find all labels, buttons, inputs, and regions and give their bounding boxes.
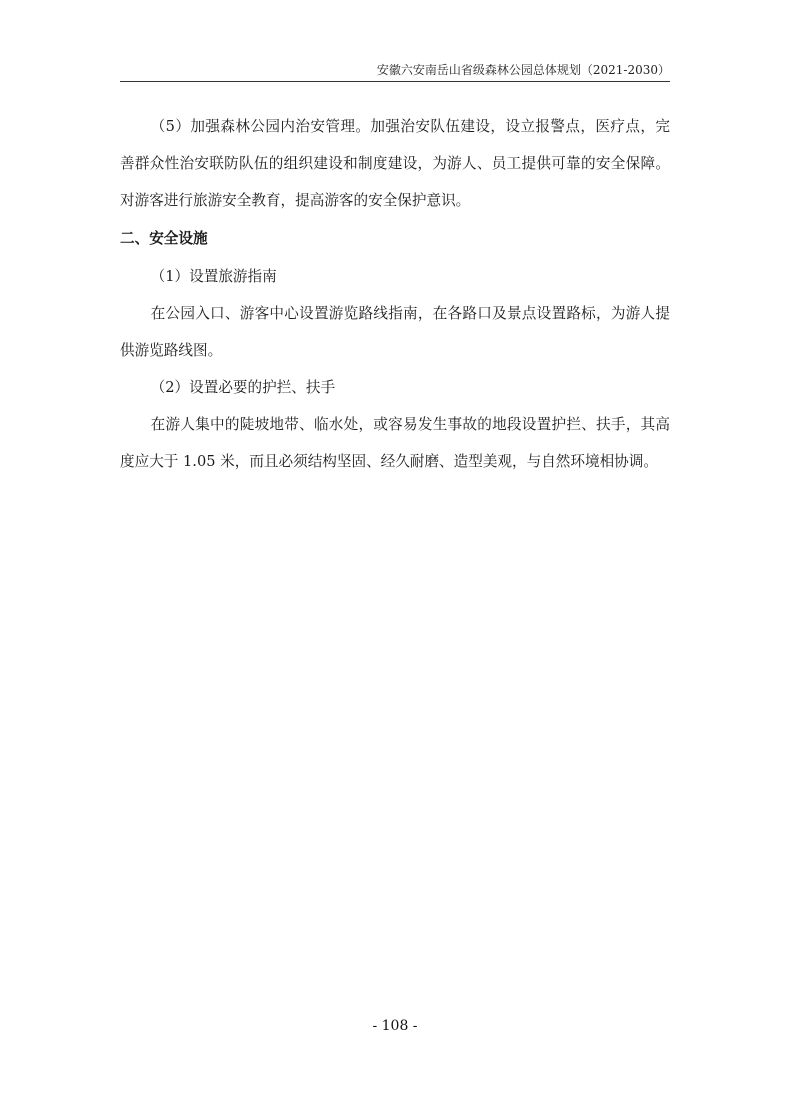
page-body: （5）加强森林公园内治安管理。加强治安队伍建设，设立报警点，医疗点，完善群众性治… — [120, 108, 670, 480]
page-number: - 108 - — [0, 1018, 790, 1034]
paragraph-tour-guide: 在公园入口、游客中心设置游览路线指南，在各路口及景点设置路标，为游人提供游览路线… — [120, 295, 670, 369]
subheading-tour-guide: （1）设置旅游指南 — [120, 258, 670, 295]
paragraph-public-security: （5）加强森林公园内治安管理。加强治安队伍建设，设立报警点，医疗点，完善群众性治… — [120, 108, 670, 219]
paragraph-railings: 在游人集中的陡坡地带、临水处，或容易发生事故的地段设置护拦、扶手，其高度应大于 … — [120, 406, 670, 480]
running-header: 安徽六安南岳山省级森林公园总体规划（2021-2030） — [120, 62, 670, 82]
section-heading-safety-facilities: 二、安全设施 — [120, 219, 670, 258]
subheading-railings: （2）设置必要的护拦、扶手 — [120, 369, 670, 406]
running-title: 安徽六安南岳山省级森林公园总体规划（2021-2030） — [377, 63, 670, 77]
